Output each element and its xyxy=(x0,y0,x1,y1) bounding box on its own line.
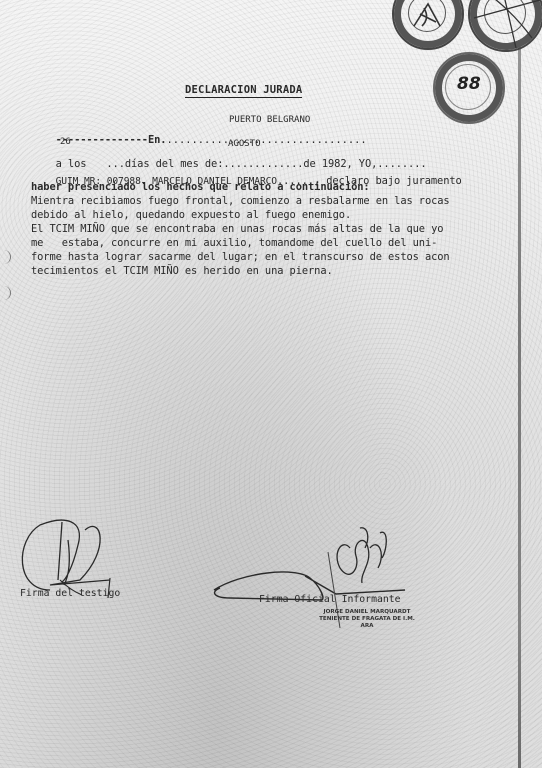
place-value: PUERTO BELGRANO xyxy=(229,115,310,125)
body-line: forme hasta lograr sacarme del lugar; en… xyxy=(31,251,450,263)
folio-stamp: 88 xyxy=(433,52,505,124)
body-line: tecimientos el TCIM MIÑO es herido en un… xyxy=(31,265,333,277)
officer-name-stamp: JORGE DANIEL MARQUARDT TENIENTE DE FRAGA… xyxy=(297,609,437,630)
binder-hole-mark xyxy=(0,250,11,264)
folio-number: 88 xyxy=(457,74,481,94)
month-value: AGOSTO xyxy=(228,139,261,149)
officer-name: JORGE DANIEL MARQUARDT xyxy=(297,609,437,616)
witness-signature xyxy=(10,510,130,600)
officer-unit: ARA xyxy=(297,623,437,630)
body-line: me estaba, concurre en mi auxilio, toman… xyxy=(31,237,437,249)
official-seal-stamp xyxy=(392,0,464,50)
document-title: DECLARACION JURADA xyxy=(185,84,302,98)
scanned-document-page: 88 DECLARACION JURADA ---------------En.… xyxy=(0,0,542,768)
body-line: haber presenciado los hechos que relato … xyxy=(31,181,370,193)
binder-hole-mark xyxy=(0,286,11,300)
witness-signature-label: Firma del testigo xyxy=(20,588,120,599)
officer-rank: TENIENTE DE FRAGATA DE I.M. xyxy=(297,616,437,623)
day-value: 26 xyxy=(60,137,71,147)
seal-emblem-icon xyxy=(410,0,446,30)
body-line: debido al hielo, quedando expuesto al fu… xyxy=(31,209,351,221)
body-line: Mientra recibiamos fuego frontal, comien… xyxy=(31,195,450,207)
place-dots: ................................ xyxy=(166,134,366,146)
body-line: El TCIM MIÑO que se encontraba en unas r… xyxy=(31,223,443,235)
officer-signature-label: Firma Oficial Informante xyxy=(259,594,401,605)
seal-crossing-lines xyxy=(470,0,542,50)
place-prefix: ---------------En. xyxy=(56,134,167,146)
navy-seal-stamp xyxy=(468,0,542,52)
page-fold-line xyxy=(518,40,521,768)
